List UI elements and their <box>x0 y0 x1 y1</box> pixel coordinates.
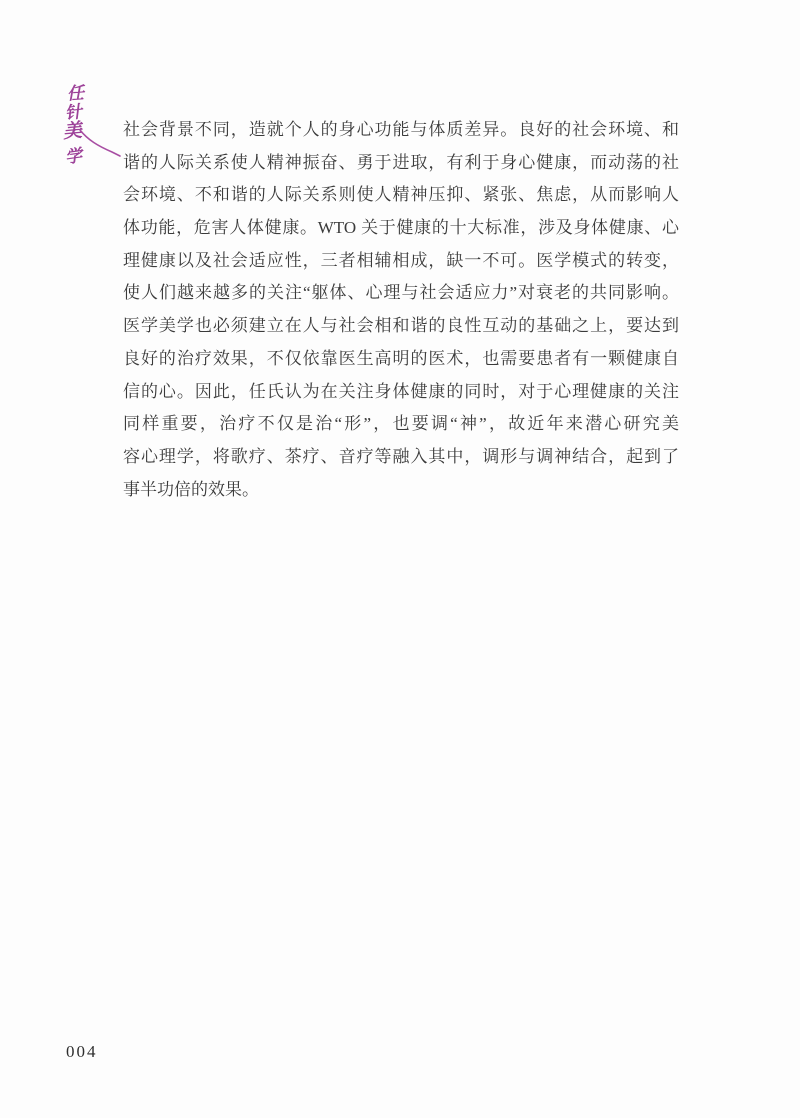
text-line: 社会背景不同，造就个人的身心功能与体质差异。良好的社会环境、和 <box>123 114 679 147</box>
page-number: 004 <box>66 1042 98 1062</box>
text-line: 事半功倍的效果。 <box>123 474 679 507</box>
logo-char-mei: 美 <box>62 121 83 142</box>
text-line: 良好的治疗效果，不仅依靠医生高明的医术，也需要患者有一颗健康自 <box>123 343 679 376</box>
text-line: 同样重要，治疗不仅是治“形”，也要调“神”，故近年来潜心研究美 <box>123 408 679 441</box>
calligraphy-flourish-icon <box>78 128 122 158</box>
text-line: 会环境、不和谐的人际关系则使人精神压抑、紧张、焦虑，从而影响人 <box>123 179 679 212</box>
logo-char-ren: 任 <box>66 83 84 103</box>
text-line: 信的心。因此，任氏认为在关注身体健康的同时，对于心理健康的关注 <box>123 376 679 409</box>
text-line: 医学美学也必须建立在人与社会相和谐的良性互动的基础之上，要达到 <box>123 310 679 343</box>
text-line: 谐的人际关系使人精神振奋、勇于进取，有利于身心健康，而动荡的社 <box>123 147 679 180</box>
text-line: 体功能，危害人体健康。WTO 关于健康的十大标准，涉及身体健康、心 <box>123 212 679 245</box>
body-text-block: 社会背景不同，造就个人的身心功能与体质差异。良好的社会环境、和 谐的人际关系使人… <box>123 114 679 506</box>
book-page: 任 针 美 学 社会背景不同，造就个人的身心功能与体质差异。良好的社会环境、和 … <box>0 0 800 1118</box>
text-line: 理健康以及社会适应性，三者相辅相成，缺一不可。医学模式的转变， <box>123 245 679 278</box>
text-line: 容心理学，将歌疗、茶疗、音疗等融入其中，调形与调神结合，起到了 <box>123 441 679 474</box>
logo-char-xue: 学 <box>64 146 83 167</box>
book-title-logo: 任 针 美 学 <box>64 84 83 166</box>
text-line: 使人们越来越多的关注“躯体、心理与社会适应力”对衰老的共同影响。 <box>123 277 679 310</box>
